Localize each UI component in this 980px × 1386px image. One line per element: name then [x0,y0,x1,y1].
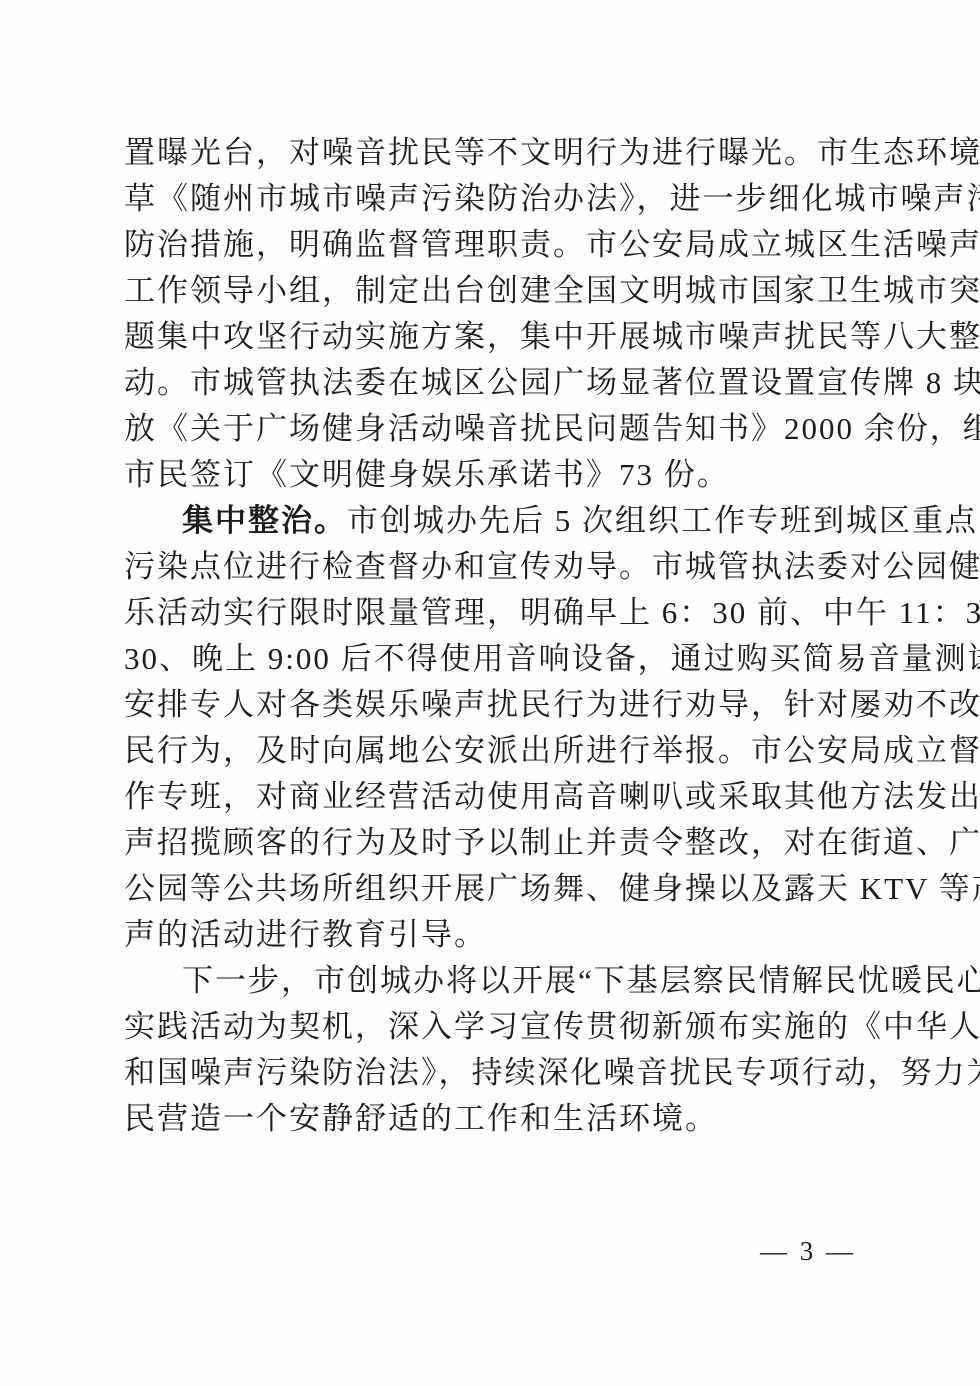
text-line-content: 实践活动为契机，深入学习宣传贯彻新颁布实施的《中华人民共 [124,1009,980,1044]
text-line: 实践活动为契机，深入学习宣传贯彻新颁布实施的《中华人民共 [124,1004,856,1050]
text-line-content: 防治措施，明确监督管理职责。市公安局成立城区生活噪声治理 [124,227,980,262]
text-line: 市民签订《文明健身娱乐承诺书》73 份。 [124,452,856,498]
text-line: 草《随州市城市噪声污染防治办法》，进一步细化城市噪声污染 [124,176,856,222]
text-line: 民营造一个安静舒适的工作和生活环境。 [124,1096,856,1142]
document-page: 置曝光台，对噪音扰民等不文明行为进行曝光。市生态环境局起草《随州市城市噪声污染防… [0,0,980,1386]
text-line-content: 题集中攻坚行动实施方案，集中开展城市噪声扰民等八大整治行 [124,319,980,354]
text-line-content: 工作领导小组，制定出台创建全国文明城市国家卫生城市突出问 [124,273,980,308]
text-line-content: 市民签订《文明健身娱乐承诺书》73 份。 [124,457,730,492]
text-line-content: 30、晚上 9:00 后不得使用音响设备，通过购买简易音量测试仪， [124,641,980,676]
text-line-content: 动。市城管执法委在城区公园广场显著位置设置宣传牌 8 块，发 [124,365,980,400]
text-line: 和国噪声污染防治法》，持续深化噪音扰民专项行动，努力为市 [124,1050,856,1096]
text-line-content: 放《关于广场健身活动噪音扰民问题告知书》2000 余份，组织 [124,411,980,446]
text-line: 作专班，对商业经营活动使用高音喇叭或采取其他方法发出高噪 [124,774,856,820]
document-body: 置曝光台，对噪音扰民等不文明行为进行曝光。市生态环境局起草《随州市城市噪声污染防… [124,130,856,1142]
text-line-content: 民行为，及时向属地公安派出所进行举报。市公安局成立督查工 [124,733,980,768]
paragraph-lead-bold: 集中整治。 [182,503,347,538]
text-line: 安排专人对各类娱乐噪声扰民行为进行劝导，针对屡劝不改的扰 [124,682,856,728]
text-line-content: 公园等公共场所组织开展广场舞、健身操以及露天 KTV 等产生噪 [124,871,980,906]
page-number: — 3 — [760,1236,856,1267]
text-line: 动。市城管执法委在城区公园广场显著位置设置宣传牌 8 块，发 [124,360,856,406]
text-line-content: 乐活动实行限时限量管理，明确早上 6：30 前、中午 11：30-14： [124,595,980,630]
text-line: 放《关于广场健身活动噪音扰民问题告知书》2000 余份，组织 [124,406,856,452]
text-line-content: 市创城办先后 5 次组织工作专班到城区重点噪声 [347,503,980,538]
text-line-content: 作专班，对商业经营活动使用高音喇叭或采取其他方法发出高噪 [124,779,980,814]
text-line: 30、晚上 9:00 后不得使用音响设备，通过购买简易音量测试仪， [124,636,856,682]
text-line-content: 污染点位进行检查督办和宣传劝导。市城管执法委对公园健身娱 [124,549,980,584]
text-line-content: 民营造一个安静舒适的工作和生活环境。 [124,1101,718,1136]
text-line-content: 安排专人对各类娱乐噪声扰民行为进行劝导，针对屡劝不改的扰 [124,687,980,722]
text-line-content: 声的活动进行教育引导。 [124,917,487,952]
text-line: 公园等公共场所组织开展广场舞、健身操以及露天 KTV 等产生噪 [124,866,856,912]
text-line: 污染点位进行检查督办和宣传劝导。市城管执法委对公园健身娱 [124,544,856,590]
text-line-content: 和国噪声污染防治法》，持续深化噪音扰民专项行动，努力为市 [124,1055,980,1090]
text-line-content: 草《随州市城市噪声污染防治办法》，进一步细化城市噪声污染 [124,181,980,216]
text-line-content: 下一步，市创城办将以开展“下基层察民情解民忧暖民心” [182,963,980,998]
text-line: 集中整治。市创城办先后 5 次组织工作专班到城区重点噪声 [124,498,856,544]
text-line: 工作领导小组，制定出台创建全国文明城市国家卫生城市突出问 [124,268,856,314]
text-line: 防治措施，明确监督管理职责。市公安局成立城区生活噪声治理 [124,222,856,268]
text-line: 题集中攻坚行动实施方案，集中开展城市噪声扰民等八大整治行 [124,314,856,360]
text-line-content: 声招揽顾客的行为及时予以制止并责令整改，对在街道、广场、 [124,825,980,860]
text-line: 置曝光台，对噪音扰民等不文明行为进行曝光。市生态环境局起 [124,130,856,176]
text-line: 声的活动进行教育引导。 [124,912,856,958]
text-line: 乐活动实行限时限量管理，明确早上 6：30 前、中午 11：30-14： [124,590,856,636]
text-line-content: 置曝光台，对噪音扰民等不文明行为进行曝光。市生态环境局起 [124,135,980,170]
text-line: 声招揽顾客的行为及时予以制止并责令整改，对在街道、广场、 [124,820,856,866]
text-line: 下一步，市创城办将以开展“下基层察民情解民忧暖民心” [124,958,856,1004]
text-line: 民行为，及时向属地公安派出所进行举报。市公安局成立督查工 [124,728,856,774]
